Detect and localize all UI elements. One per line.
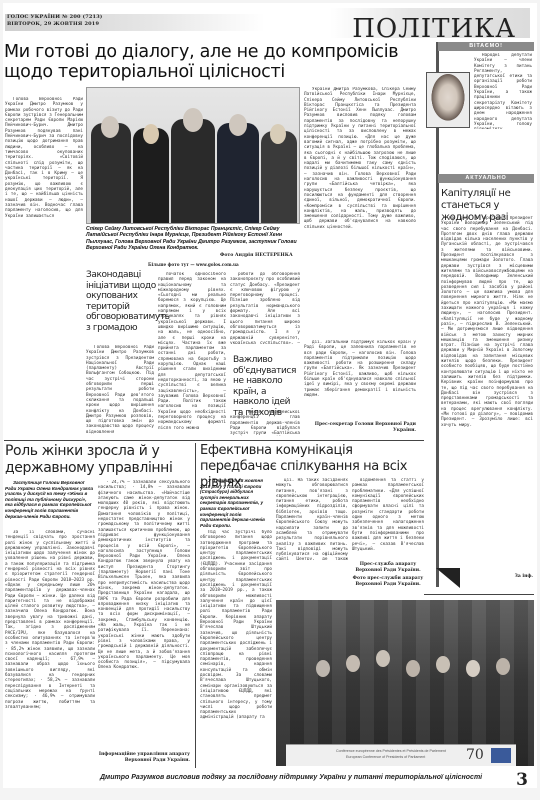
anniversary-mark: 70	[466, 747, 484, 763]
section-divider	[4, 440, 424, 441]
quote-text: У межах Європейської конференції глав па…	[230, 410, 300, 436]
sidebar-text: Голова Верховної Ради України Дмитро Раз…	[86, 345, 154, 435]
topical-header: АКТУАЛЬНО	[438, 174, 534, 183]
column-divider	[195, 443, 196, 768]
communication-lead: У п'ятницю, 25 жовтня 2019 року у Палаці…	[200, 478, 272, 528]
main-photo	[86, 87, 300, 224]
page-number: 3	[516, 770, 528, 790]
issue-number: ГОЛОС УКРАЇНИ № 200 (7213)	[5, 14, 265, 21]
footer-tagline: Дмитро Разумков висловив подяку за послі…	[100, 774, 482, 781]
greeting-text-top: Народні депутати України — члени Комітет…	[474, 53, 532, 129]
quote-headline: Важливо об'єднуватися не навколо країн, …	[233, 355, 301, 418]
photo-person-3	[171, 119, 215, 223]
communication-col2: ції. На таких засіданнях можуть обговорю…	[276, 478, 348, 560]
main-lead-column: Голова Верховної Ради України Дмитро Раз…	[5, 97, 83, 437]
issue-date: ВІВТОРОК, 29 ЖОВТНЯ 2019	[5, 21, 265, 28]
main-photo-caption: Спікер Сейму Литовської Республіки Вікто…	[86, 226, 300, 252]
main-headline: Ми готові до діалогу, але не до компромі…	[4, 42, 424, 82]
more-photos-link[interactable]: Більше фото тут — www.golos.com.ua	[148, 262, 239, 267]
masthead: ГОЛОС УКРАЇНИ № 200 (7213) ВІВТОРОК, 29 …	[5, 14, 265, 31]
women-headline: Роль жінки зросла й у державному управлі…	[5, 443, 195, 477]
greeting-header: ВІТАЄМО!	[438, 42, 534, 51]
communication-signature: Прес-служба апарату Верховної Ради Украї…	[352, 562, 424, 573]
women-lead: Заступниця Голови Верховної Ради України…	[5, 480, 95, 519]
women-col2: · 24,7% — зазнавали сексуального насильс…	[98, 480, 190, 750]
women-signature: Інформаційне управління апарату Верховно…	[98, 752, 190, 763]
conference-banner: Conférence européenne des Présidentes et…	[286, 744, 516, 766]
photo-person-4	[217, 123, 259, 223]
main-photo-credit: Фото Андрія НЕСТЕРЕНКА	[220, 253, 293, 258]
greeting-text-bottom	[444, 131, 532, 161]
page-footer: Дмитро Разумков висловив подяку за послі…	[0, 770, 540, 788]
women-col1: За її словами, сучасні тенденції свідчат…	[5, 530, 95, 765]
photo-person-1	[91, 123, 131, 223]
communication-col1: Під час зустрічі було обговорено питання…	[200, 530, 272, 765]
sidebar-divider	[424, 594, 534, 595]
topical-text: На днях у програмі Президент України Вол…	[441, 216, 533, 571]
main-right-column: України Дмитра Разумкова, Спікера Сейму …	[304, 87, 416, 337]
section-title: ПОЛІТИКА	[352, 14, 516, 44]
newspaper-page: ГОЛОС УКРАЇНИ № 200 (7213) ВІВТОРОК, 29 …	[0, 0, 540, 800]
communication-photo-credit: Фото прес-служби апарату Верховної Ради …	[352, 576, 424, 587]
sidebar-corner-fold	[436, 568, 460, 588]
photo-person-5	[261, 131, 297, 223]
middle-column: початок одноосібного правил перед законо…	[158, 272, 226, 436]
main-right-lower: дії. Загальний підтримує кількох країн у…	[304, 340, 416, 422]
communication-col3: відомлення та статті у рамках парламентс…	[352, 478, 424, 560]
main-signature: Прес-секретар Голови Верховної Ради Укра…	[304, 422, 416, 433]
third-column: роботи до обговорення законопроєкту про …	[230, 272, 300, 344]
greeting-portrait	[426, 72, 470, 128]
council-of-europe-logo	[491, 748, 511, 763]
group-photo: Conférence européenne des Présidentes et…	[276, 600, 534, 766]
section-band: ПОЛІТИКА	[330, 8, 530, 38]
sidebar-headline: Законодавці ініціативи щодо окупованих т…	[86, 270, 166, 333]
